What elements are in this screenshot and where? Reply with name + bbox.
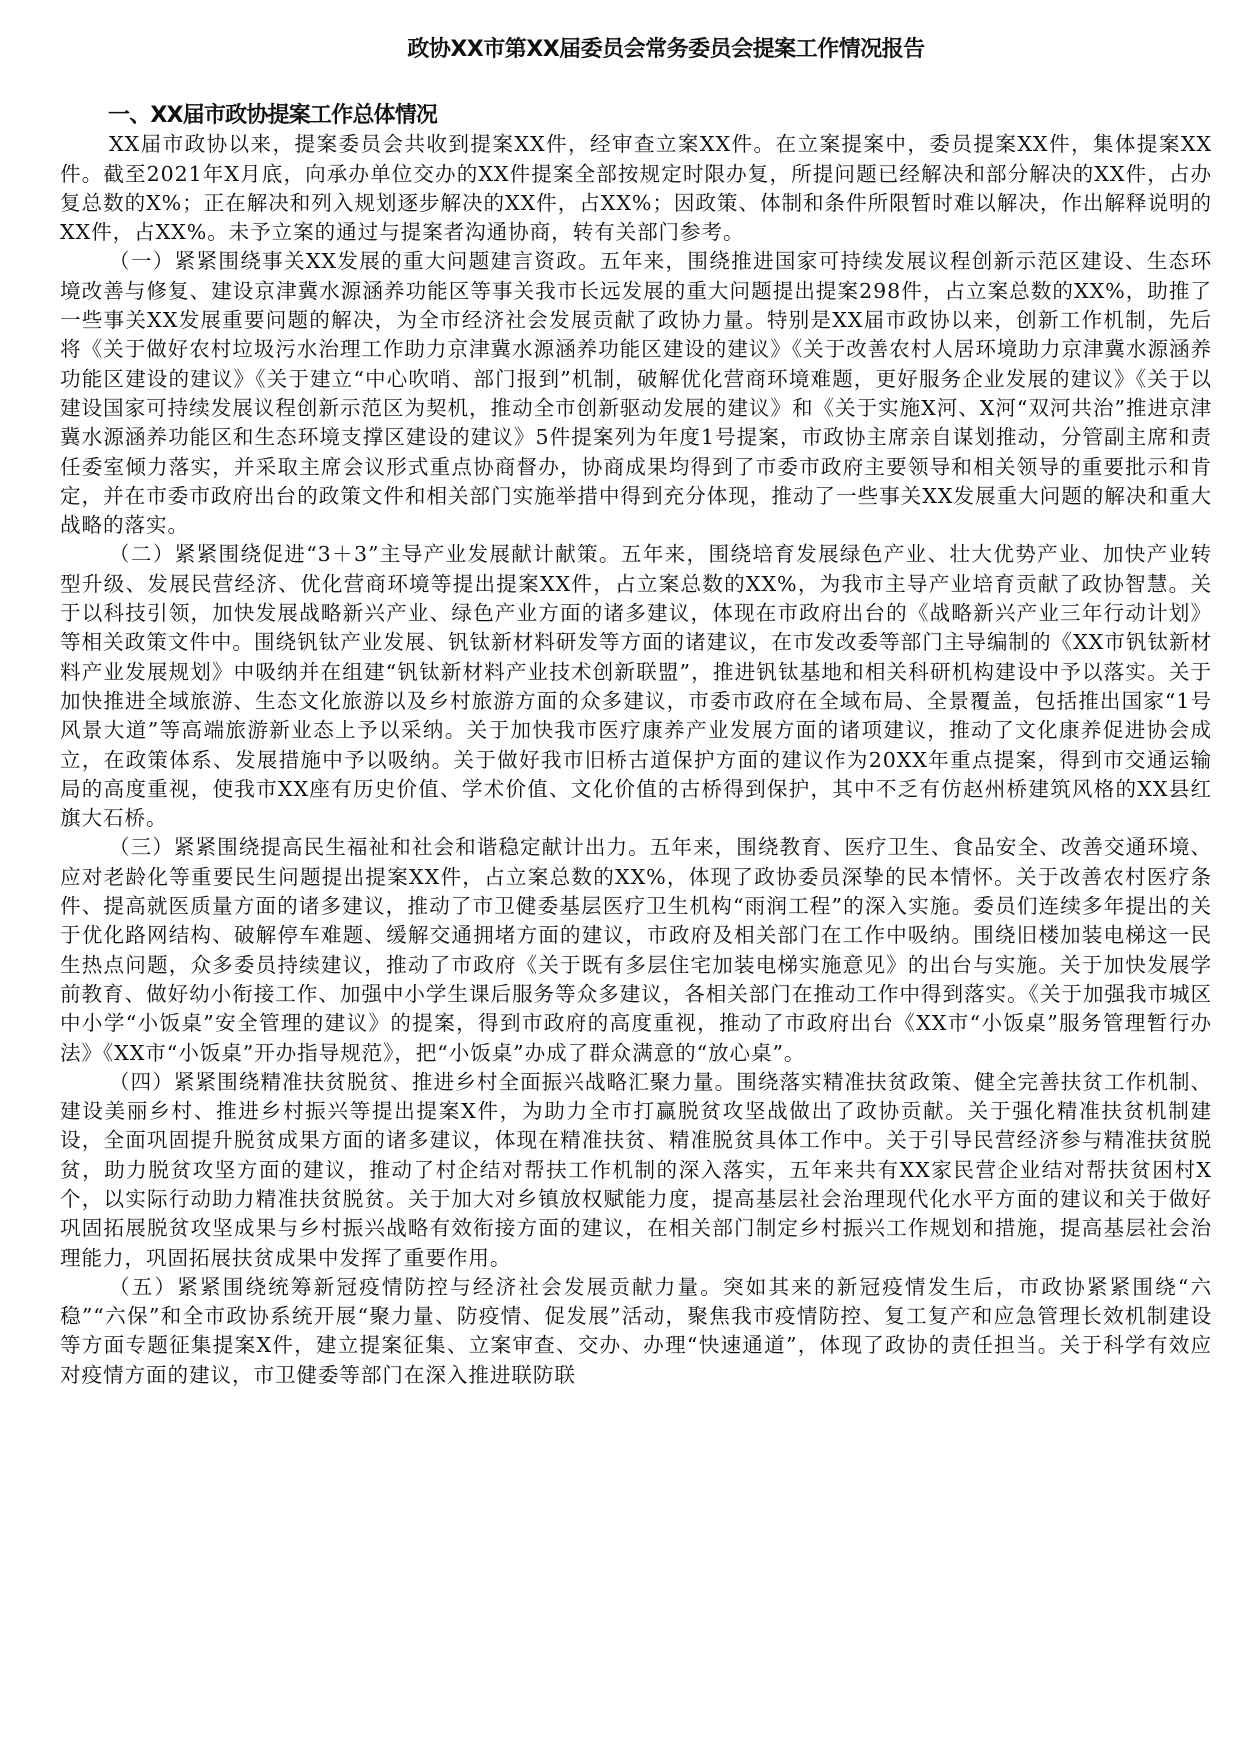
- document-body: 一、XX届市政协提案工作总体情况 XX届市政协以来，提案委员会共收到提案XX件，…: [60, 101, 1212, 1390]
- paragraph-item-5-epidemic: （五）紧紧围绕统筹新冠疫情防控与经济社会发展贡献力量。突如其来的新冠疫情发生后，…: [60, 1273, 1212, 1390]
- paragraph-item-1-major-issues: （一）紧紧围绕事关XX发展的重大问题建言资政。五年来，围绕推进国家可持续发展议程…: [60, 247, 1212, 540]
- paragraph-item-4-poverty-alleviation: （四）紧紧围绕精准扶贫脱贫、推进乡村全面振兴战略汇聚力量。围绕落实精准扶贫政策、…: [60, 1068, 1212, 1273]
- paragraph-item-3-livelihood: （三）紧紧围绕提高民生福祉和社会和谐稳定献计出力。五年来，围绕教育、医疗卫生、食…: [60, 833, 1212, 1067]
- paragraph-item-2-industry: （二）紧紧围绕促进“3＋3”主导产业发展献计献策。五年来，围绕培育发展绿色产业、…: [60, 540, 1212, 833]
- paragraph-overview: XX届市政协以来，提案委员会共收到提案XX件，经审查立案XX件。在立案提案中，委…: [60, 130, 1212, 247]
- document-title: 政协XX市第XX届委员会常务委员会提案工作情况报告: [60, 36, 1212, 64]
- section-heading-overview: 一、XX届市政协提案工作总体情况: [60, 101, 1212, 130]
